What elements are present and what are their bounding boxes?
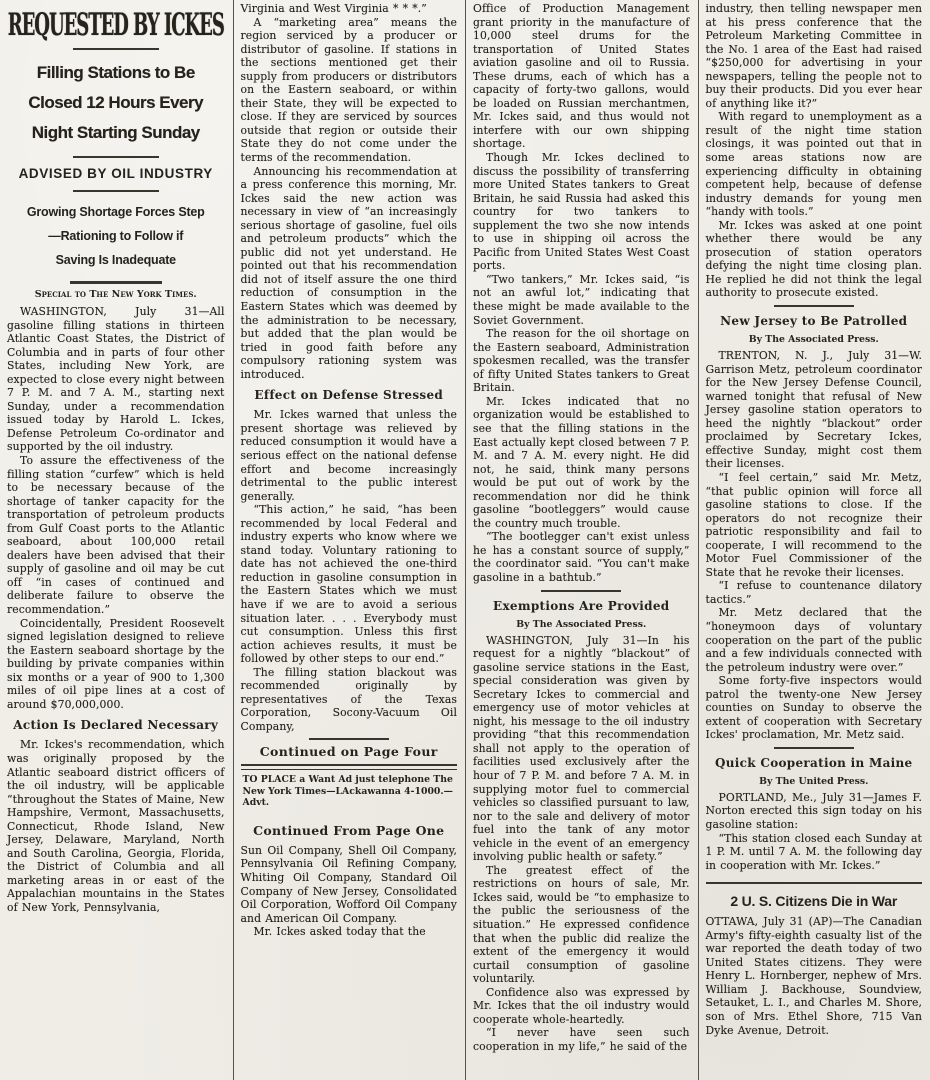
article-paragraph: With regard to unemployment as a result …	[706, 110, 923, 218]
article-paragraph: Sun Oil Company, Shell Oil Company, Penn…	[241, 844, 458, 925]
article-paragraph: Mr. Ickes's recommendation, which was or…	[7, 738, 225, 914]
main-headline: Filling Stations to Be Closed 12 Hours E…	[7, 58, 225, 148]
article-paragraph: “This action,” he said, “has been recomm…	[241, 503, 458, 666]
divider-rule	[73, 156, 159, 158]
article-paragraph: PORTLAND, Me., July 31—James F. Norton e…	[706, 791, 923, 832]
article-paragraph: “This station closed each Sunday at 1 P.…	[706, 832, 923, 873]
section-crosshead: Action Is Declared Necessary	[7, 718, 225, 733]
article-paragraph: The filling station blackout was recomme…	[241, 666, 458, 734]
newspaper-column-2: Virginia and West Virginia * * *.”A “mar…	[233, 0, 466, 1080]
divider-rule	[541, 590, 621, 592]
divider-rule	[774, 305, 854, 307]
article-paragraph: The reason for the oil shortage on the E…	[473, 327, 690, 395]
article-paragraph: Mr. Ickes warned that unless the present…	[241, 408, 458, 503]
continued-on-notice: Continued on Page Four	[241, 744, 458, 759]
article-paragraph: Confidence also was expressed by Mr. Ick…	[473, 986, 690, 1027]
divider-rule	[73, 48, 159, 50]
article-paragraph: Virginia and West Virginia * * *.”	[241, 2, 458, 16]
summary-deck: Growing Shortage Forces Step —Rationing …	[7, 200, 225, 272]
section-crosshead: New Jersey to Be Patrolled	[706, 314, 923, 329]
section-crosshead: Quick Cooperation in Maine	[706, 756, 923, 771]
wire-service-byline: By The Associated Press.	[706, 334, 923, 345]
article-paragraph: The greatest effect of the restrictions …	[473, 864, 690, 986]
newspaper-page: REQUESTED BY ICKESFilling Stations to Be…	[0, 0, 930, 1080]
article-paragraph: Office of Production Management grant pr…	[473, 2, 690, 151]
divider-rule	[774, 747, 854, 749]
section-crosshead: Exemptions Are Provided	[473, 599, 690, 614]
newspaper-column-1: REQUESTED BY ICKESFilling Stations to Be…	[0, 0, 233, 1080]
wire-service-byline: By The Associated Press.	[473, 619, 690, 630]
article-paragraph: To assure the effectiveness of the filli…	[7, 454, 225, 617]
article-paragraph: “I refuse to countenance dilatory tactic…	[706, 579, 923, 606]
double-divider-rule	[241, 764, 458, 770]
article-paragraph: “The bootlegger can't exist unless he ha…	[473, 530, 690, 584]
article-paragraph: “Two tankers,” Mr. Ickes said, “is not a…	[473, 273, 690, 327]
newspaper-column-3: Office of Production Management grant pr…	[465, 0, 698, 1080]
continued-from-notice: Continued From Page One	[241, 823, 458, 838]
secondary-headline: ADVISED BY OIL INDUSTRY	[7, 166, 225, 182]
newspaper-column-4: industry, then telling newspaper men at …	[698, 0, 930, 1080]
article-paragraph: Mr. Ickes was asked at one point whether…	[706, 219, 923, 300]
kicker-headline: REQUESTED BY ICKES	[0, 8, 231, 44]
article-paragraph: Mr. Ickes indicated that no organization…	[473, 395, 690, 530]
article-paragraph: WASHINGTON, July 31—In his request for a…	[473, 634, 690, 864]
full-width-divider-rule	[706, 882, 923, 884]
article-paragraph: TRENTON, N. J., July 31—W. Garrison Metz…	[706, 349, 923, 471]
divider-rule	[73, 190, 159, 192]
war-brief-headline: 2 U. S. Citizens Die in War	[706, 893, 923, 910]
article-paragraph: A “marketing area” means the region serv…	[241, 16, 458, 165]
article-paragraph: “I never have seen such cooperation in m…	[473, 1026, 690, 1053]
article-paragraph: “I feel certain,” said Mr. Metz, “that p…	[706, 471, 923, 579]
special-credit-line: Special to The New York Times.	[7, 289, 225, 301]
section-crosshead: Effect on Defense Stressed	[241, 388, 458, 403]
want-ad-notice: TO PLACE a Want Ad just telephone The Ne…	[241, 774, 458, 809]
article-paragraph: Announcing his recommendation at a press…	[241, 165, 458, 382]
article-paragraph: WASHINGTON, July 31—All gasoline filling…	[7, 305, 225, 454]
divider-rule	[309, 738, 389, 740]
article-paragraph: Though Mr. Ickes declined to discuss the…	[473, 151, 690, 273]
wire-service-byline: By The United Press.	[706, 776, 923, 787]
article-paragraph: Mr. Ickes asked today that the	[241, 925, 458, 939]
article-paragraph: Mr. Metz declared that the “honeymoon da…	[706, 606, 923, 674]
article-paragraph: Some forty-five inspectors would patrol …	[706, 674, 923, 742]
divider-rule	[70, 281, 162, 284]
article-paragraph: Coincidentally, President Roosevelt sign…	[7, 617, 225, 712]
article-paragraph: OTTAWA, July 31 (AP)—The Canadian Army's…	[706, 915, 923, 1037]
article-paragraph: industry, then telling newspaper men at …	[706, 2, 923, 110]
